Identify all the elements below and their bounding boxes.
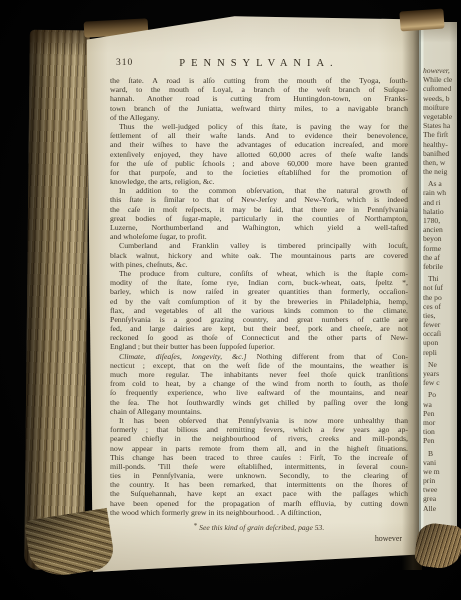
line-text: Luzerne, Northumberland and Waſhington, … [110,223,408,232]
fragment-text: While cle [423,75,452,84]
fragment-text: and ri [423,198,441,207]
line-text: the ſea. The hot ſouthwardly winds get c… [110,398,408,407]
text-line: It has been obſerved that Pennſylvania i… [110,416,408,425]
text-line: this ſtate is ſimilar to that of New-Jer… [110,195,408,204]
next-page-sliver: however,While clecuſtomedweeds, bmoiſtur… [419,22,457,540]
text-line: hannah. Another road is cutting from Hun… [110,94,408,103]
text-line: and their wiſhes to have the advantages … [110,140,408,149]
line-text: fed, and large dairies are kept, but the… [110,324,408,333]
text-line: for the uſe of public ſchools ; and abov… [110,159,408,168]
text-line: knowledge, the arts, religion, &c. [110,177,408,186]
text-line-fragment: halatio [423,207,456,216]
text-line-fragment: tion [423,427,456,436]
fragment-text: repli [423,348,437,357]
fragment-text: Ne [428,360,437,369]
fragment-text: As a [428,179,442,188]
fragment-text: grea [423,494,436,503]
fragment-text: tion [423,427,435,436]
text-line: chain of Allegany mountains. [110,407,408,416]
binding-bottom-corner [413,521,461,570]
line-text: flax, and vegetables of all the various … [110,306,408,315]
line-text: barley, which is now raiſed in greater q… [110,287,408,296]
fragment-text: vegetable [423,112,452,121]
text-line-fragment: occaſi [423,329,456,338]
fragment-text: occaſi [423,329,441,338]
line-text: ſettlement of all their waſte lands. And… [110,131,408,140]
fragment-text: we m [423,467,440,476]
fragment-text: the neig [423,167,447,176]
text-line-fragment: forme [423,244,456,253]
text-line: ward, to the mouth of Loyal, a branch of… [110,85,408,94]
text-line: and wholeſome ſugar, to profit. [110,232,408,241]
fragment-text: forme [423,244,441,253]
line-text: the country. It has been remarked, that … [110,480,408,489]
text-line: peared chiefly in the neighbourhood of r… [110,434,408,443]
line-text: chain of Allegany mountains. [110,407,202,416]
page-header: 310 PENNSYLVANIA. [110,58,408,70]
text-line-fragment: the po [423,293,456,302]
line-text: knowledge, the arts, religion, &c. [110,177,214,186]
fragment-text: cuſtomed [423,84,451,93]
line-text: reckoned ſo good as thoſe of Connecticut… [110,333,408,342]
line-text: necticut ; except, that on the weſt ſide… [110,361,408,370]
fragment-text: Alle [423,504,436,513]
fragment-text: rain wh [423,188,446,197]
line-text: from cold to heat, by a change of the wi… [110,379,408,388]
fragment-text: fewer [423,320,440,329]
line-text: hannah. Another road is cutting from Hun… [110,94,408,103]
line-text: Thus the well-judged policy of this ſtat… [119,122,408,131]
text-line: have been opened for the propagation of … [110,499,408,508]
line-text: have been opened for the propagation of … [110,499,408,508]
text-line: formerly ; that bilious and remitting fe… [110,425,408,434]
text-line: Luzerne, Northumberland and Waſhington, … [110,223,408,232]
line-text: town branch of the Juniatta, weſtward th… [110,104,408,113]
text-line-fragment: B [423,449,456,458]
fragment-text: not ſuf [423,283,443,292]
text-line: black walnut, hickory and white oak. The… [110,251,408,260]
fragment-text: the po [423,293,442,302]
text-line: from cold to heat, by a change of the wi… [110,379,408,388]
catchword: however [110,534,402,543]
text-line-fragment: ancien [423,225,456,234]
text-line: town branch of the Juniatta, weſtward th… [110,104,408,113]
text-line: fed, and large dairies are kept, but the… [110,324,408,333]
running-title: PENNSYLVANIA. [110,58,408,69]
text-line-fragment: As a [423,179,456,188]
line-text: extenſively enjoyed, they have allotted … [110,150,408,159]
binding-top-corner [399,8,444,31]
text-line: necticut ; except, that on the weſt ſide… [110,361,408,370]
text-line-fragment: 1780, [423,216,456,225]
text-line: This change has been traced to three cau… [110,453,408,462]
fragment-text: vani [423,458,436,467]
text-line-fragment: cuſtomed [423,84,456,93]
text-line: modity of the ſtate, ſome rye, Indian co… [110,278,408,287]
text-line-fragment: Ne [423,360,456,369]
fragment-text: Thi [428,274,439,283]
text-line: the country. It has been remarked, that … [110,480,408,489]
text-line: In addition to the common obſervation, t… [110,186,408,195]
text-line-fragment: baniſhed [423,149,456,158]
text-line: mill-ponds. 'Till theſe were eſtabliſhed… [110,462,408,471]
fragment-text: The firſt [423,130,448,139]
fragment-text: wa [423,400,432,409]
text-line: much more regular. The inhabitants never… [110,370,408,379]
text-line-fragment: fewer [423,320,456,329]
fragment-text: prin [423,476,435,485]
text-line-fragment: Alle [423,504,456,513]
text-line: now appear in parts remote from them all… [110,444,408,453]
fragment-text: ties, [423,311,435,320]
text-line-fragment: and ri [423,198,456,207]
text-line: barley, which is now raiſed in greater q… [110,287,408,296]
text-line-fragment: we m [423,467,456,476]
text-line-fragment: vegetable [423,112,456,121]
book-photo: 310 PENNSYLVANIA. the ſtate. A road is a… [0,0,461,600]
line-text: The produce from culture, conſiſts of wh… [119,269,408,278]
fragment-text: baniſhed [423,149,449,158]
text-line-fragment: wa [423,400,456,409]
fragment-text: Po [428,390,436,399]
line-text: Cumberland and Franklin valley is timber… [119,241,408,250]
text-line-fragment: twee [423,485,456,494]
line-text: the wood which formerly grew in its neig… [110,508,322,517]
line-text: ward, to the mouth of Loyal, a branch of… [110,85,408,94]
text-line-fragment: ces of [423,302,456,311]
fragment-text: States ha [423,121,450,130]
text-line: Cumberland and Franklin valley is timber… [110,241,408,250]
text-line: The produce from culture, conſiſts of wh… [110,269,408,278]
fragment-text: few c [423,378,440,387]
text-line-fragment: rain wh [423,188,456,197]
footnote-marker: * [194,522,198,530]
text-line-fragment: While cle [423,75,456,84]
body-text: the ſtate. A road is alſo cutting from t… [110,76,408,517]
line-text: the Suſquehannah, have kept an exact pac… [110,489,408,498]
book-page: 310 PENNSYLVANIA. the ſtate. A road is a… [84,14,426,572]
text-line-fragment: repli [423,348,456,357]
text-line-fragment: Thi [423,274,456,283]
fragment-text: however, [423,66,450,75]
text-line: ſo frequently experience, who live eaſtw… [110,388,408,397]
text-line-fragment: moiſture [423,103,456,112]
text-line-fragment: vani [423,458,456,467]
line-text: ties in Pennſylvania, were unknown. Seco… [110,471,408,480]
text-line: ſettlement of all their waſte lands. And… [110,131,408,140]
text-line: the ſtate. A road is alſo cutting from t… [110,76,408,85]
next-page-text: however,While clecuſtomedweeds, bmoiſtur… [423,66,456,534]
text-line: flax, and vegetables of all the various … [110,306,408,315]
text-line: England ; but their butter has been ſupp… [110,342,408,351]
line-text: peared chiefly in the neighbourhood of r… [110,434,408,443]
fragment-text: upon [423,338,438,347]
text-line-fragment: Pen [423,409,456,418]
fragment-text: B [428,449,433,458]
text-line: ed by the vaſt comſumption of it by the … [110,297,408,306]
line-text: black walnut, hickory and white oak. The… [110,251,408,260]
footnote-text: See this kind of grain deſcribed, page 5… [199,523,324,532]
fragment-text: febrile [423,262,443,271]
text-line: the Suſquehannah, have kept an exact pac… [110,489,408,498]
text-line: the wood which formerly grew in its neig… [110,508,408,517]
line-text: with pines, cheſnuts, &c. [110,260,188,269]
text-line: great bodies of ſugar-maple, particularl… [110,214,408,223]
line-text: Nothing different from that of Con- [247,352,408,361]
text-line-fragment: however, [423,66,456,75]
text-line-fragment: beyon [423,234,456,243]
text-line-fragment: grea [423,494,456,503]
text-line-fragment: States ha [423,121,456,130]
line-text: modity of the ſtate, ſome rye, Indian co… [110,278,408,287]
line-text: formerly ; that bilious and remitting fe… [110,425,408,434]
fragment-text: healthy- [423,140,448,149]
fragment-text: beyon [423,234,442,243]
text-line: with pines, cheſnuts, &c. [110,260,408,269]
line-text: ſo frequently experience, who live eaſtw… [110,388,408,397]
text-line-fragment: not ſuf [423,283,456,292]
text-line: extenſively enjoyed, they have allotted … [110,150,408,159]
line-text: for that purpoſe, and to the ſocieties e… [110,168,408,177]
fragment-text: 1780, [423,216,440,225]
line-text: It has been obſerved that Pennſylvania i… [119,416,408,425]
text-line-fragment: the neig [423,167,456,176]
text-line-fragment: then, w [423,158,456,167]
text-line-fragment: years [423,369,456,378]
text-line: for that purpoſe, and to the ſocieties e… [110,168,408,177]
line-text: and wholeſome ſugar, to profit. [110,232,207,241]
text-line-fragment: febrile [423,262,456,271]
page-edges-left [24,30,90,571]
text-line: the caſe in moſt reſpects, it may be ſai… [110,205,408,214]
fragment-text: ces of [423,302,441,311]
text-line-fragment: Po [423,390,456,399]
fragment-text: years [423,369,439,378]
line-text: the caſe in moſt reſpects, it may be ſai… [110,205,408,214]
fragment-text: halatio [423,207,444,216]
fragment-text: moiſture [423,103,449,112]
line-text: ed by the vaſt comſumption of it by the … [110,297,408,306]
text-line: reckoned ſo good as thoſe of Connecticut… [110,333,408,342]
line-text: for the uſe of public ſchools ; and abov… [110,159,408,168]
fragment-text: twee [423,485,437,494]
line-text: and their wiſhes to have the advantages … [110,140,408,149]
text-line-fragment: weeds, b [423,94,456,103]
footnote: * See this kind of grain deſcribed, page… [110,522,408,532]
fragment-text: mor [423,418,435,427]
line-text: mill-ponds. 'Till theſe were eſtabliſhed… [110,462,408,471]
fragment-text: ancien [423,225,443,234]
line-text: Pennſylvania is a good grazing country, … [110,315,408,324]
italic-lead: Climate, diſeaſes, longevity, &c.] [119,352,247,361]
text-line: Pennſylvania is a good grazing country, … [110,315,408,324]
fragment-text: Pen [423,436,434,445]
line-text: England ; but their butter has been ſupp… [110,342,275,351]
line-text: the ſtate. A road is alſo cutting from t… [110,76,408,85]
text-line: the ſea. The hot ſouthwardly winds get c… [110,398,408,407]
fragment-text: weeds, b [423,94,450,103]
fragment-text: the af [423,253,440,262]
line-text: now appear in parts remote from them all… [110,444,408,453]
line-text: much more regular. The inhabitants never… [110,370,408,379]
text-line-fragment: healthy- [423,140,456,149]
text-line-fragment: The firſt [423,130,456,139]
text-line-fragment: upon [423,338,456,347]
text-line-fragment: ties, [423,311,456,320]
line-text: great bodies of ſugar-maple, particularl… [110,214,408,223]
fragment-text: then, w [423,158,445,167]
text-line-fragment: Pen [423,436,456,445]
text-line: Thus the well-judged policy of this ſtat… [110,122,408,131]
text-line: ties in Pennſylvania, were unknown. Seco… [110,471,408,480]
text-line-fragment: prin [423,476,456,485]
text-line: of the Allegany. [110,113,408,122]
text-line-fragment: mor [423,418,456,427]
line-text: In addition to the common obſervation, t… [119,186,408,195]
line-text: This change has been traced to three cau… [110,453,408,462]
text-line: Climate, diſeaſes, longevity, &c.] Nothi… [110,352,408,361]
text-line-fragment: the af [423,253,456,262]
line-text: this ſtate is ſimilar to that of New-Jer… [110,195,408,204]
fragment-text: Pen [423,409,434,418]
text-line-fragment: few c [423,378,456,387]
line-text: of the Allegany. [110,113,160,122]
